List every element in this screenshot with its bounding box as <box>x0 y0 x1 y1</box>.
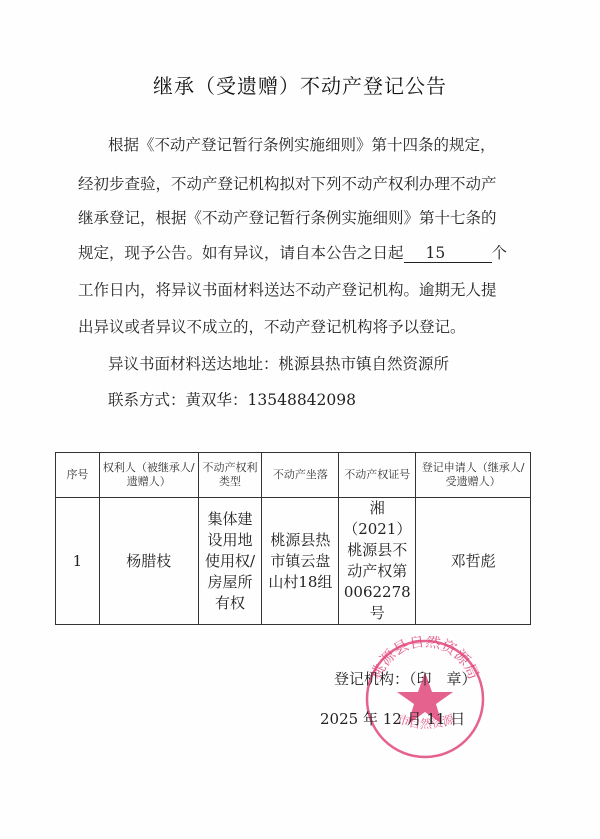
header-location: 不动产坐落 <box>262 453 339 498</box>
document-title: 继承（受遗赠）不动产登记公告 <box>0 70 600 99</box>
table-row: 1 杨腊枝 集体建设用地使用权/房屋所有权 桃源县热市镇云盘山村18组 湘（20… <box>56 498 531 625</box>
cell-certificate-no: 湘（2021）桃源县不动产权第0062278号 <box>339 498 416 625</box>
paragraph-line-1: 根据《不动产登记暂行条例实施细则》第十四条的规定， <box>108 133 496 155</box>
paragraph-line-4: 规定，现予公告。如有异议，请自本公告之日起15个 <box>78 241 507 263</box>
header-right-holder: 权利人（被继承人/遗赠人） <box>99 453 198 498</box>
paragraph-line-6: 出异议或者异议不成立的，不动产登记机构将予以登记。 <box>78 315 466 337</box>
header-index: 序号 <box>56 453 100 498</box>
line4-prefix: 规定，现予公告。如有异议，请自本公告之日起 <box>78 244 404 262</box>
announcement-date: 2025 年 12 月 11 日 <box>320 708 465 729</box>
cell-right-type: 集体建设用地使用权/房屋所有权 <box>198 498 262 625</box>
table-header-row: 序号 权利人（被继承人/遗赠人） 不动产权利类型 不动产坐落 不动产权证号 登记… <box>56 453 531 498</box>
paragraph-line-5: 工作日内，将异议书面材料送达不动产登记机构。逾期无人提 <box>78 278 497 300</box>
paragraph-line-3: 继承登记，根据《不动产登记暂行条例实施细则》第十七条的 <box>78 206 497 228</box>
contact-label: 联系方式： <box>108 391 186 409</box>
cell-right-holder: 杨腊枝 <box>99 498 198 625</box>
header-right-type: 不动产权利类型 <box>198 453 262 498</box>
header-certificate-no: 不动产权证号 <box>339 453 416 498</box>
address-value: 桃源县热市镇自然资源所 <box>279 355 450 373</box>
cell-index: 1 <box>56 498 100 625</box>
registration-authority-signature: 登记机构：（印 章） <box>334 668 477 689</box>
cell-location: 桃源县热市镇云盘山村18组 <box>262 498 339 625</box>
contact-value: 黄双华：13548842098 <box>186 391 356 409</box>
objection-days: 15 <box>404 245 492 263</box>
address-line: 异议书面材料送达地址：桃源县热市镇自然资源所 <box>108 352 449 374</box>
paragraph-line-2: 经初步查验，不动产登记机构拟对下列不动产权利办理不动产 <box>78 172 497 194</box>
line4-suffix: 个 <box>492 244 508 262</box>
registration-table: 序号 权利人（被继承人/遗赠人） 不动产权利类型 不动产坐落 不动产权证号 登记… <box>55 452 531 625</box>
contact-line: 联系方式：黄双华：13548842098 <box>108 388 356 410</box>
address-label: 异议书面材料送达地址： <box>108 355 279 373</box>
cell-applicant: 邓哲彪 <box>416 498 531 625</box>
header-applicant: 登记申请人（继承人/受遗赠人） <box>416 453 531 498</box>
official-seal-stamp-icon: 桃源县自然资源局 热市自然资源所 <box>362 636 488 762</box>
